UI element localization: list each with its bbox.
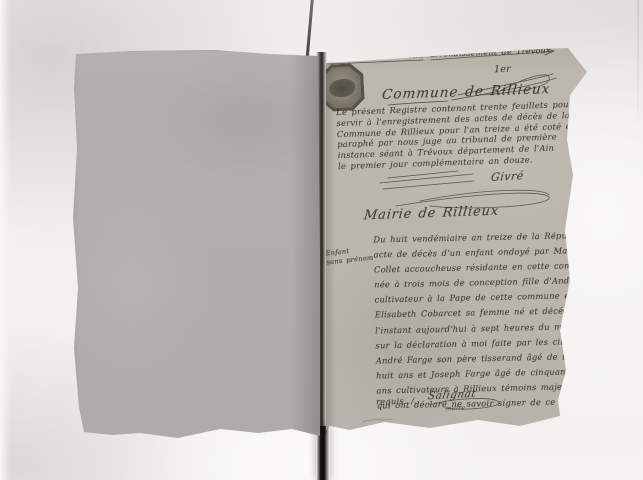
header-arrondissement: arrondissement de Trévoux [430,46,551,59]
mairie-heading: Mairie de Rillieux [363,204,499,224]
header-department: Département de l'Ain [329,50,424,62]
scanned-register-photo: Département de l'Ain arrondissement de T… [0,0,643,480]
spine-thread [305,0,313,61]
judge-signature: Givré [490,169,524,184]
death-act: Du huit vendémiaire an treize de la Répu… [373,228,611,414]
right-page: Département de l'Ain arrondissement de T… [322,44,590,436]
mayor-signature-title: maire [446,405,466,413]
act-closing: requis. /. [376,395,417,406]
folio-number: 1er [494,64,511,76]
stamp-figure [329,78,356,97]
revenue-stamp-frame [322,66,362,109]
photo-left-margin [0,0,10,480]
margin-note: Enfant sans prénom [325,245,374,268]
left-page-blank [70,48,320,440]
registry-preamble: Le présent Registre contenant trente feu… [336,99,576,172]
photo-edge-line [637,0,639,130]
